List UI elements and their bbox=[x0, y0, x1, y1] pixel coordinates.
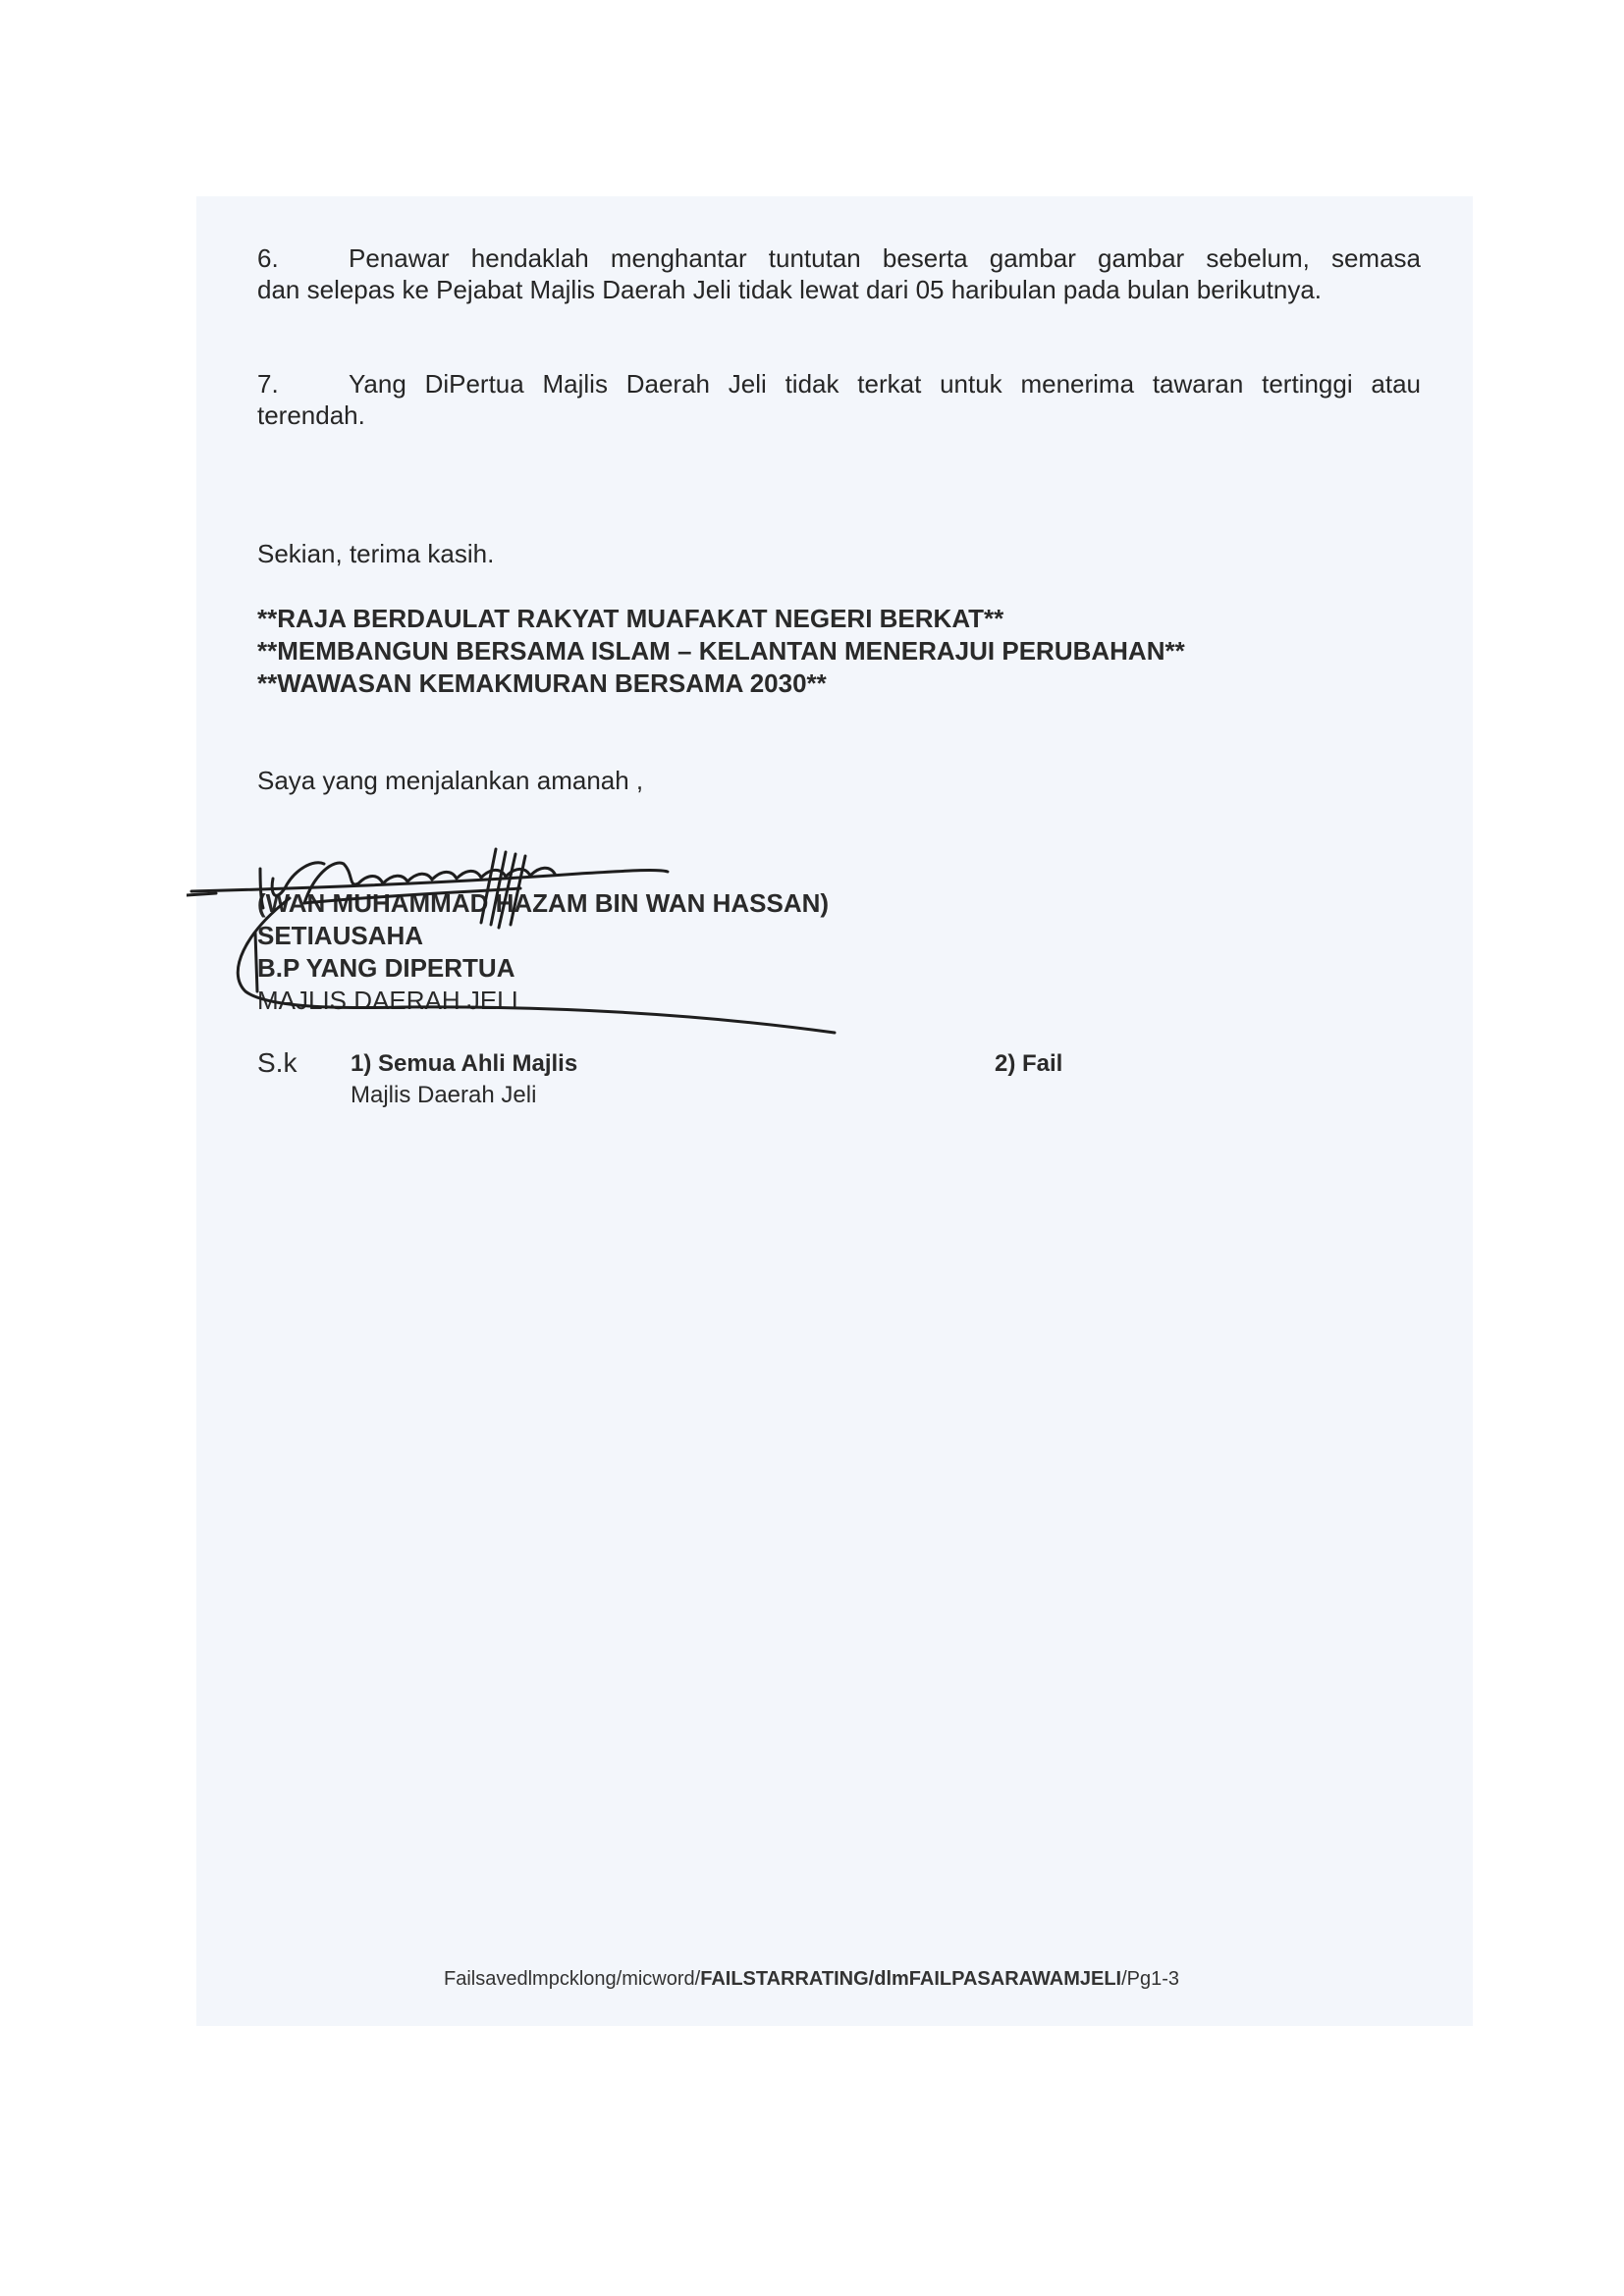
cc-label: S.k bbox=[257, 1047, 297, 1079]
cc-recipient-2: 2) Fail bbox=[995, 1048, 1062, 1080]
signatory-role: B.P YANG DIPERTUA bbox=[257, 952, 829, 985]
footer-file-path: Failsavedlmpcklong/micword/FAILSTARRATIN… bbox=[444, 1968, 1179, 1991]
signatory-organization: MAJLIS DAERAH JELI bbox=[257, 985, 829, 1017]
signatory-name: (WAN MUHAMMAD HAZAM BIN WAN HASSAN) bbox=[257, 887, 829, 920]
footer-path-prefix: Failsavedlmpcklong/micword/ bbox=[444, 1968, 700, 1990]
motto-line-3: **WAWASAN KEMAKMURAN BERSAMA 2030** bbox=[257, 667, 827, 700]
paragraph-7: 7.Yang DiPertua Majlis Daerah Jeli tidak… bbox=[257, 368, 1421, 431]
signatory-title: SETIAUSAHA bbox=[257, 920, 829, 952]
signatory-block: (WAN MUHAMMAD HAZAM BIN WAN HASSAN) SETI… bbox=[257, 887, 829, 1017]
paragraph-first-line: Penawar hendaklah menghantar tuntutan be… bbox=[349, 243, 1421, 273]
footer-path-suffix: /Pg1-3 bbox=[1121, 1968, 1179, 1990]
sign-off-text: Saya yang menjalankan amanah , bbox=[257, 765, 643, 796]
footer-path-bold: FAILSTARRATING/dlmFAILPASARAWAMJELI bbox=[700, 1968, 1121, 1990]
paragraph-first-line: Yang DiPertua Majlis Daerah Jeli tidak t… bbox=[349, 369, 1421, 399]
closing-text: Sekian, terima kasih. bbox=[257, 538, 494, 569]
paragraph-6: 6.Penawar hendaklah menghantar tuntutan … bbox=[257, 242, 1421, 305]
paragraph-body: dan selepas ke Pejabat Majlis Daerah Jel… bbox=[257, 274, 1421, 305]
cc-recipient-1-sub: Majlis Daerah Jeli bbox=[351, 1080, 536, 1111]
paragraph-number: 7. bbox=[257, 368, 349, 400]
motto-line-2: **MEMBANGUN BERSAMA ISLAM – KELANTAN MEN… bbox=[257, 635, 1185, 667]
cc-recipient-1: 1) Semua Ahli Majlis bbox=[351, 1048, 577, 1080]
motto-line-1: **RAJA BERDAULAT RAKYAT MUAFAKAT NEGERI … bbox=[257, 603, 1003, 635]
paragraph-body: terendah. bbox=[257, 400, 1421, 431]
paragraph-number: 6. bbox=[257, 242, 349, 274]
scanned-page bbox=[196, 196, 1473, 2026]
